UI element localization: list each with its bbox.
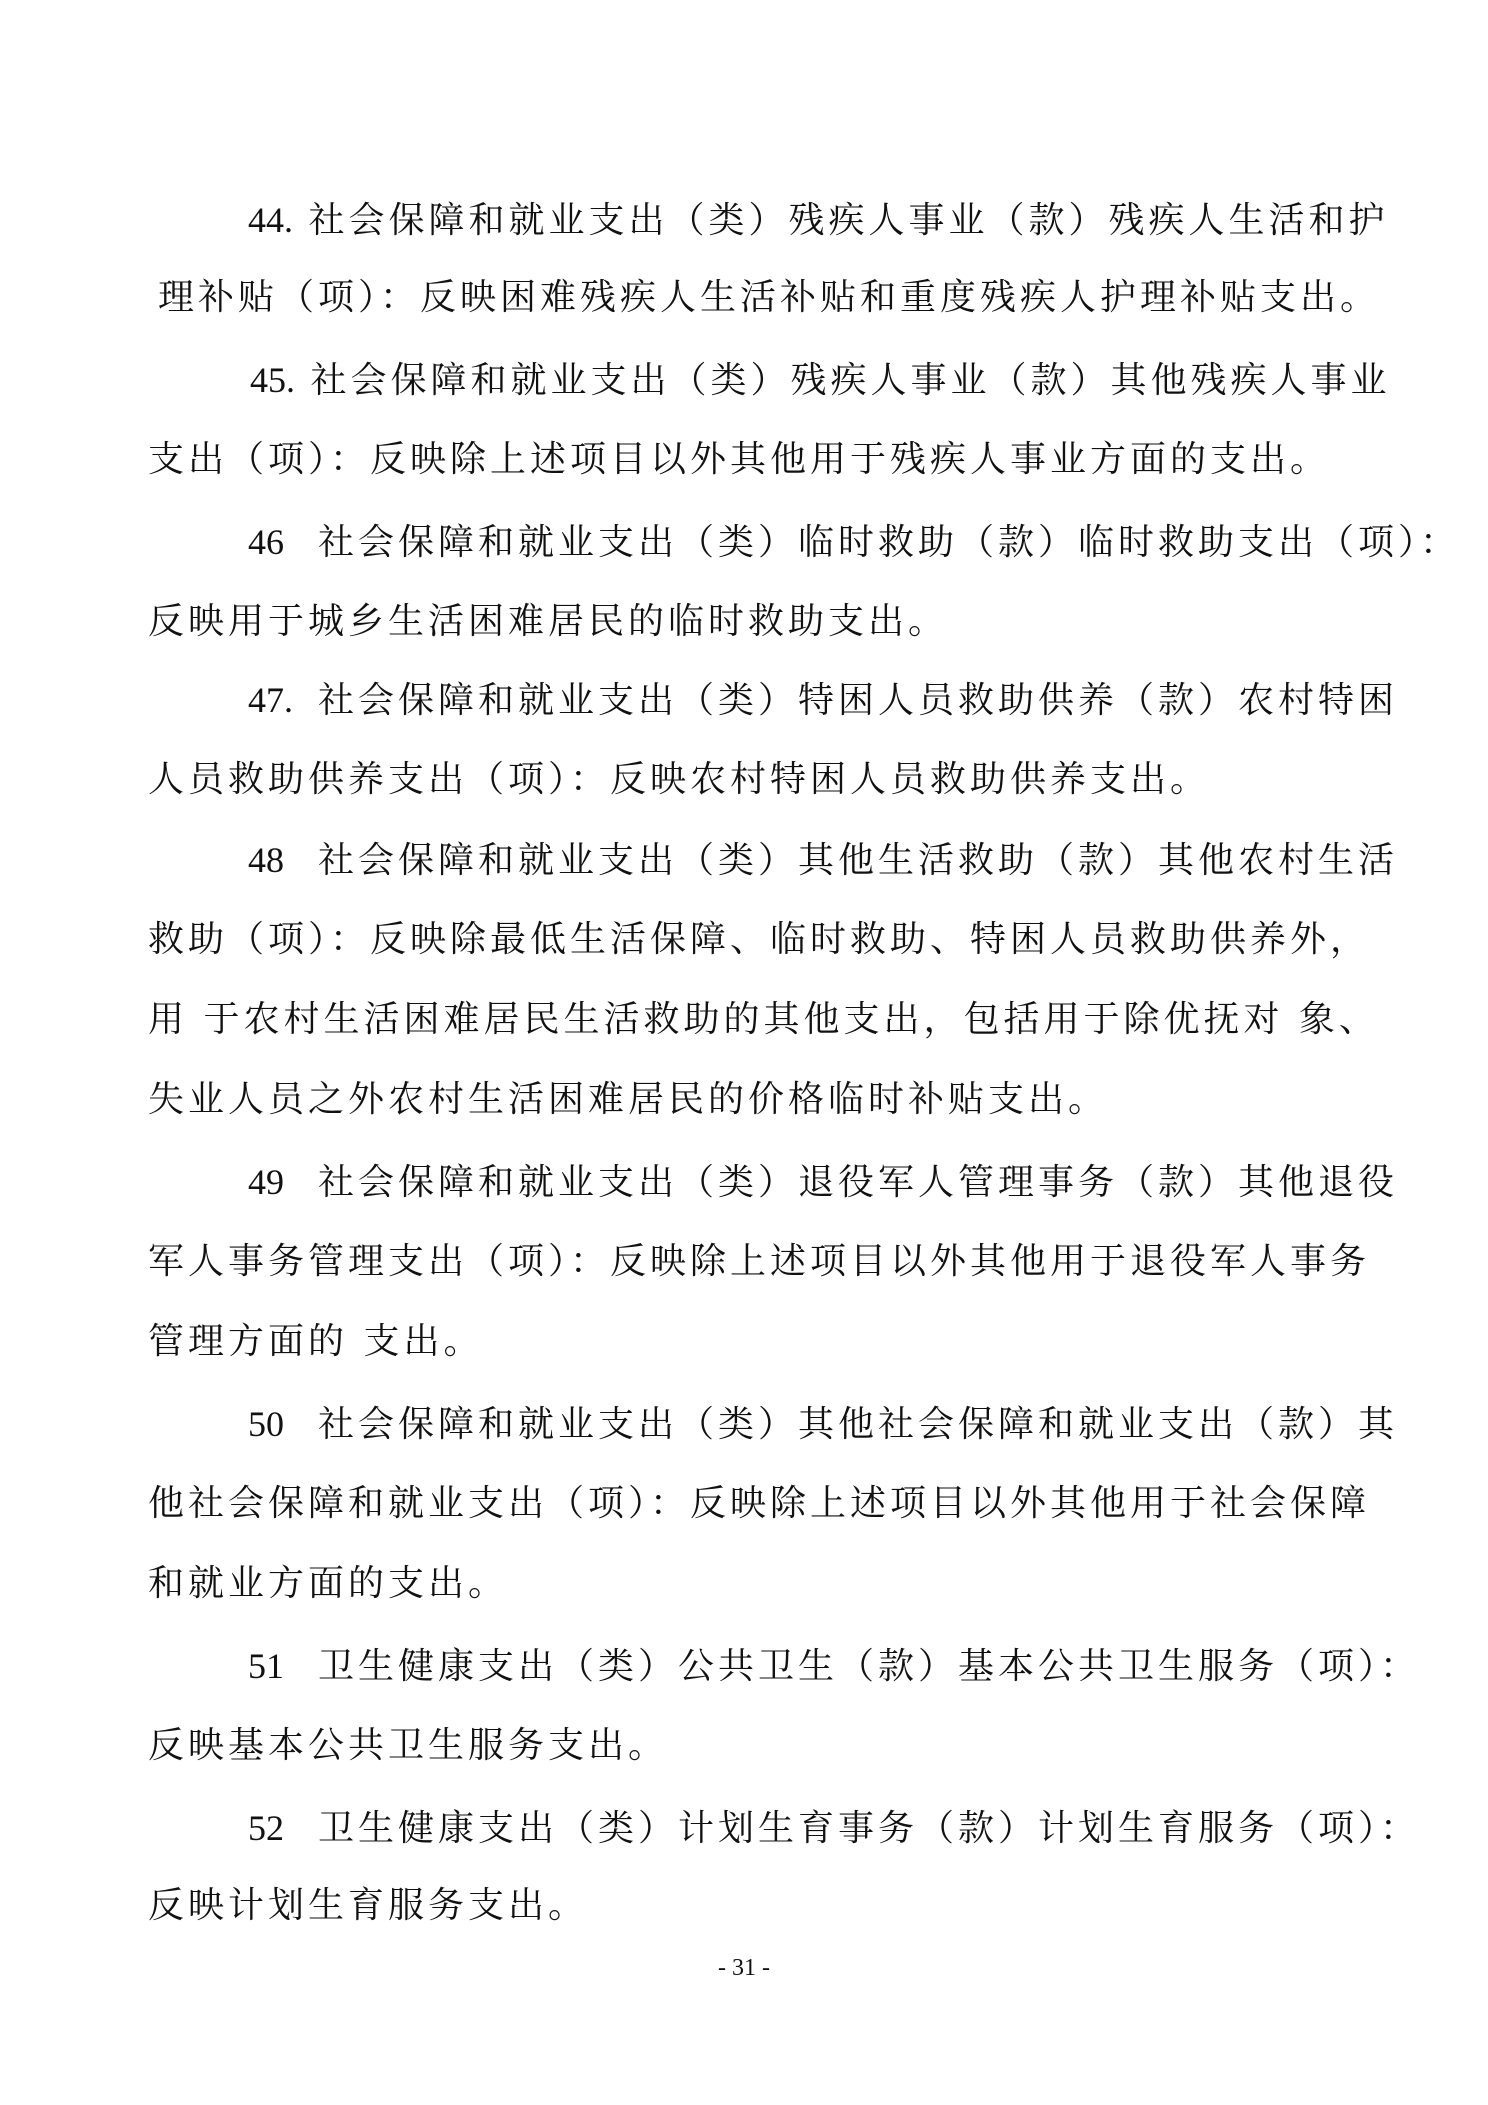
paragraph-52-line-2: 反映计划生育服务支出。 — [148, 1884, 588, 1928]
page-number: - 31 - — [0, 1955, 1488, 1982]
item-number: 52 — [248, 1806, 318, 1850]
item-number: 49 — [248, 1160, 318, 1204]
paragraph-48-line-1: 48社会保障和就业支出（类）其他生活救助（款）其他农村生活 — [248, 838, 1398, 883]
item-number: 46 — [248, 520, 318, 564]
paragraph-44-line-1: 44. 社会保障和就业支出（类）残疾人事业（款）残疾人生活和护 — [248, 198, 1388, 243]
paragraph-47-line-2: 人员救助供养支出（项）：反映农村特困人员救助供养支出。 — [148, 758, 1210, 802]
paragraph-46-line-2: 反映用于城乡生活困难居民的临时救助支出。 — [148, 600, 948, 644]
paragraph-47-line-1: 47.社会保障和就业支出（类）特困人员救助供养（款）农村特困 — [248, 678, 1398, 723]
paragraph-49-line-1: 49社会保障和就业支出（类）退役军人管理事务（款）其他退役 — [248, 1160, 1398, 1205]
paragraph-48-line-3: 用 于农村生活困难居民生活救助的其他支出，包括用于除优抚对 象、 — [148, 998, 1379, 1042]
paragraph-46-line-1: 46社会保障和就业支出（类）临时救助（款）临时救助支出（项）： — [248, 520, 1460, 565]
paragraph-44-line-2: 理补贴（项）：反映困难残疾人生活补贴和重度残疾人护理补贴支出。 — [158, 276, 1380, 320]
paragraph-49-line-3: 管理方面的 支出。 — [148, 1320, 483, 1364]
paragraph-45-line-1: 45. 社会保障和就业支出（类）残疾人事业（款）其他残疾人事业 — [250, 358, 1390, 403]
item-number: 45. — [250, 358, 295, 402]
paragraph-52-line-1: 52卫生健康支出（类）计划生育事务（款）计划生育服务（项）： — [248, 1806, 1420, 1851]
paragraph-51-line-1: 51卫生健康支出（类）公共卫生（款）基本公共卫生服务（项）： — [248, 1644, 1420, 1689]
paragraph-48-line-2: 救助（项）：反映除最低生活保障、临时救助、特困人员救助供养外， — [148, 918, 1370, 962]
item-number: 48 — [248, 838, 318, 882]
item-number: 51 — [248, 1644, 318, 1688]
item-number: 50 — [248, 1402, 318, 1446]
paragraph-45-line-2: 支出（项）：反映除上述项目以外其他用于残疾人事业方面的支出。 — [148, 438, 1330, 482]
paragraph-50-line-2: 他社会保障和就业支出（项）：反映除上述项目以外其他用于社会保障 — [148, 1482, 1370, 1526]
paragraph-50-line-3: 和就业方面的支出。 — [148, 1562, 508, 1606]
paragraph-49-line-2: 军人事务管理支出（项）：反映除上述项目以外其他用于退役军人事务 — [148, 1240, 1370, 1284]
item-number: 47. — [248, 678, 318, 722]
paragraph-51-line-2: 反映基本公共卫生服务支出。 — [148, 1724, 668, 1768]
paragraph-50-line-1: 50社会保障和就业支出（类）其他社会保障和就业支出（款）其 — [248, 1402, 1398, 1447]
item-number: 44. — [248, 198, 293, 242]
paragraph-48-line-4: 失业人员之外农村生活困难居民的价格临时补贴支出。 — [148, 1078, 1108, 1122]
document-page: 44. 社会保障和就业支出（类）残疾人事业（款）残疾人生活和护 理补贴（项）：反… — [0, 0, 1488, 2105]
